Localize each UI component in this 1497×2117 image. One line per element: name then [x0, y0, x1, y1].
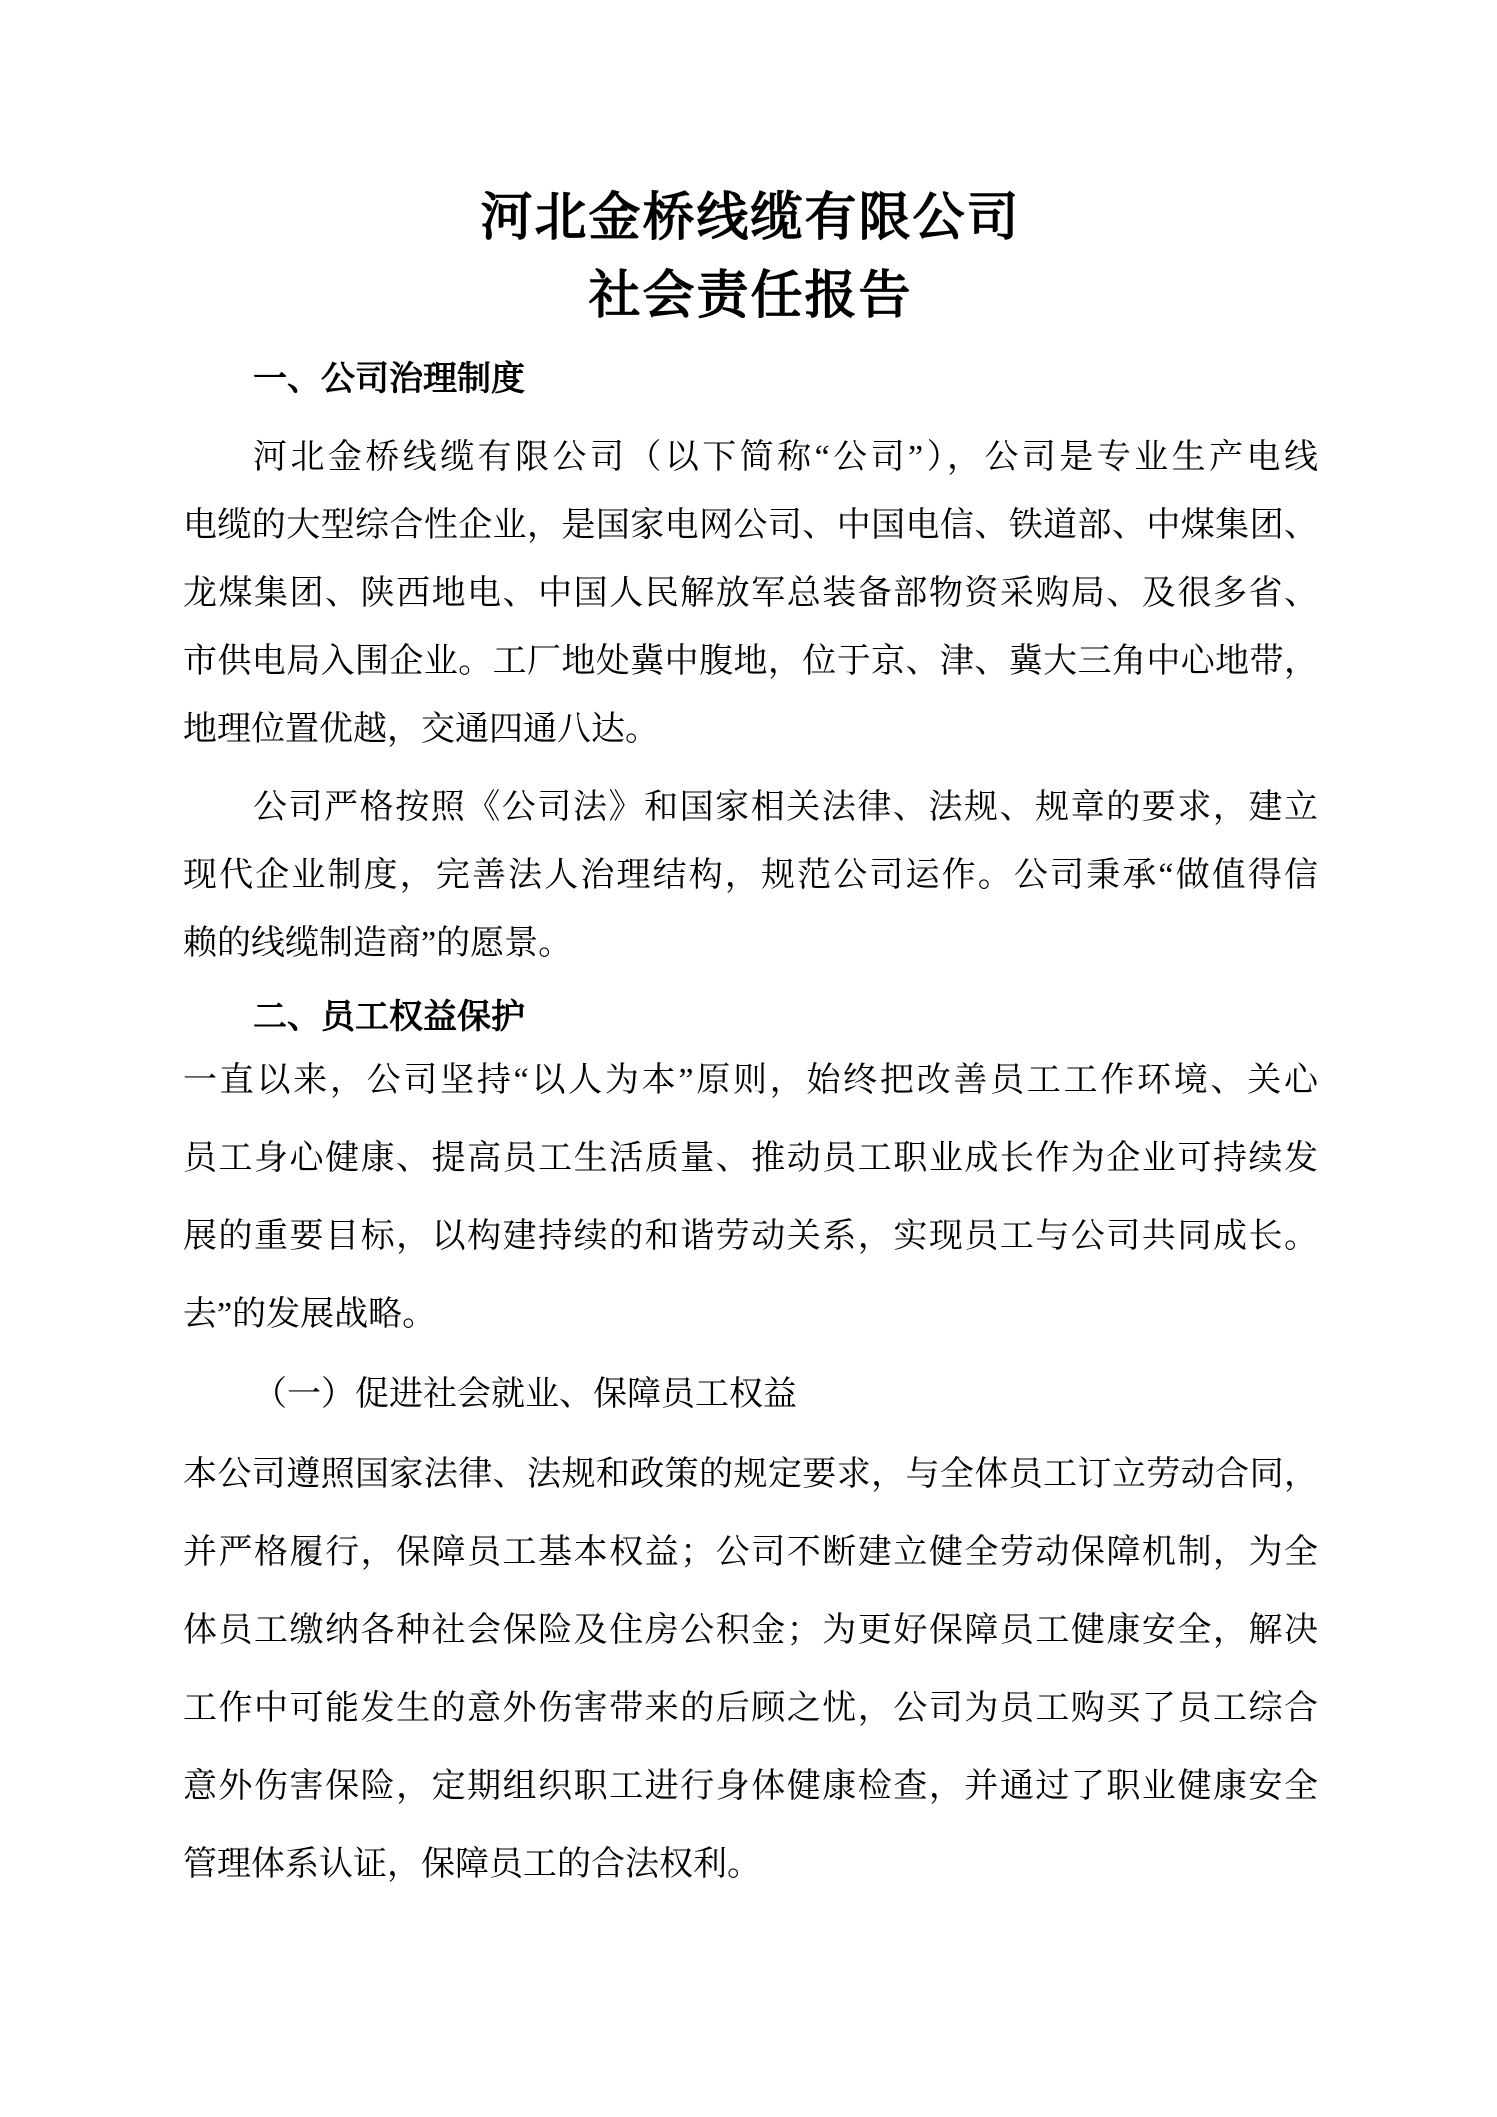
- paragraph-governance: 公司严格按照《公司法》和国家相关法律、法规、规章的要求，建立 现代企业制度，完善…: [183, 774, 1318, 978]
- paragraph-labor-protection: 本公司遵照国家法律、法规和政策的规定要求，与全体员工订立劳动合同， 并严格履行，…: [183, 1436, 1318, 1904]
- section-heading-governance: 一、公司治理制度: [183, 346, 1318, 414]
- paragraph-line: 龙煤集团、陕西地电、中国人民解放军总装备部物资采购局、及很多省、: [183, 560, 1318, 628]
- document-page: 河北金桥线缆有限公司 社会责任报告 一、公司治理制度 河北金桥线缆有限公司（以下…: [0, 0, 1497, 2117]
- paragraph-line: 河北金桥线缆有限公司（以下简称“公司”），公司是专业生产电线: [183, 424, 1318, 492]
- paragraph-line: 现代企业制度，完善法人治理结构，规范公司运作。公司秉承“做值得信: [183, 842, 1318, 910]
- paragraph-line: 本公司遵照国家法律、法规和政策的规定要求，与全体员工订立劳动合同，: [183, 1436, 1318, 1514]
- paragraph-line: 员工身心健康、提高员工生活质量、推动员工职业成长作为企业可持续发: [183, 1120, 1318, 1198]
- paragraph-line: 赖的线缆制造商”的愿景。: [183, 910, 1318, 978]
- paragraph-line: 电缆的大型综合性企业，是国家电网公司、中国电信、铁道部、中煤集团、: [183, 492, 1318, 560]
- paragraph-line: 展的重要目标，以构建持续的和谐劳动关系，实现员工与公司共同成长。: [183, 1198, 1318, 1276]
- paragraph-line: 工作中可能发生的意外伤害带来的后顾之忧，公司为员工购买了员工综合: [183, 1670, 1318, 1748]
- subsection-heading-employment: （一）促进社会就业、保障员工权益: [183, 1356, 1318, 1434]
- paragraph-line: 体员工缴纳各种社会保险及住房公积金；为更好保障员工健康安全，解决: [183, 1592, 1318, 1670]
- paragraph-people-first: 一直以来，公司坚持“以人为本”原则，始终把改善员工工作环境、关心 员工身心健康、…: [183, 1042, 1318, 1354]
- subsection-1: （一）促进社会就业、保障员工权益: [183, 1356, 1318, 1434]
- paragraph-line: 管理体系认证，保障员工的合法权利。: [183, 1826, 1318, 1904]
- section-1: 一、公司治理制度: [183, 346, 1318, 414]
- paragraph-line: 意外伤害保险，定期组织职工进行身体健康检查，并通过了职业健康安全: [183, 1748, 1318, 1826]
- document-title-line-2: 社会责任报告: [183, 258, 1318, 336]
- paragraph-line: 市供电局入围企业。工厂地处冀中腹地，位于京、津、冀大三角中心地带，: [183, 628, 1318, 696]
- document-title-line-1: 河北金桥线缆有限公司: [183, 180, 1318, 258]
- paragraph-line: 去”的发展战略。: [183, 1276, 1318, 1354]
- paragraph-line: 地理位置优越，交通四通八达。: [183, 696, 1318, 764]
- paragraph-line: 公司严格按照《公司法》和国家相关法律、法规、规章的要求，建立: [183, 774, 1318, 842]
- paragraph-line: 一直以来，公司坚持“以人为本”原则，始终把改善员工工作环境、关心: [183, 1042, 1318, 1120]
- paragraph-line: 并严格履行，保障员工基本权益；公司不断建立健全劳动保障机制，为全: [183, 1514, 1318, 1592]
- paragraph-company-intro: 河北金桥线缆有限公司（以下简称“公司”），公司是专业生产电线 电缆的大型综合性企…: [183, 424, 1318, 764]
- document-title: 河北金桥线缆有限公司 社会责任报告: [183, 180, 1318, 336]
